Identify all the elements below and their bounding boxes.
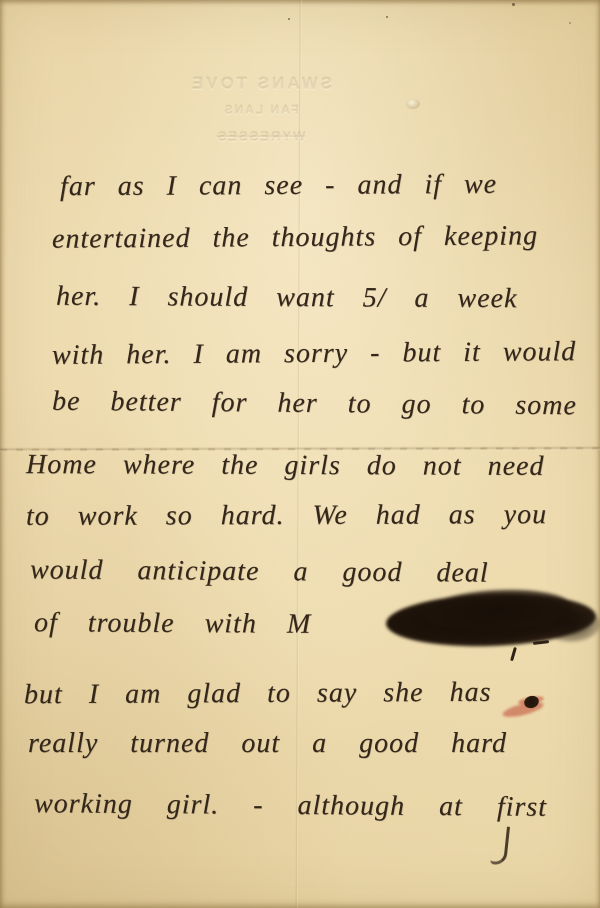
paper-speck: [386, 16, 388, 18]
letterhead-line-2: FAN LANS: [168, 103, 353, 117]
scanned-letter: SWANS TOVE FAN LANS WYRESSES far as I ca…: [0, 0, 600, 908]
handwriting-line-1: far as I can see - and if we: [60, 169, 497, 203]
ink-blot-right: [542, 606, 600, 642]
embossed-letterhead: SWANS TOVE FAN LANS WYRESSES: [168, 74, 353, 144]
handwriting-line-8: would anticipate a good deal: [30, 554, 489, 589]
ink-blot-redaction: [382, 590, 600, 652]
handwriting-line-11: really turned out a good hard: [28, 728, 507, 760]
paper-speck: [569, 22, 571, 24]
handwriting-line-5: be better for her to go to some: [52, 386, 577, 423]
paper-speck: [288, 18, 290, 20]
handwriting-line-6: Home where the girls do not need: [26, 449, 545, 483]
handwriting-line-2: entertained the thoughts of keeping: [52, 220, 538, 255]
letterhead-line-1: SWANS TOVE: [168, 74, 353, 94]
handwriting-line-9: of trouble with M: [34, 607, 311, 640]
handwriting-line-7: to work so hard. We had as you: [26, 499, 547, 533]
paper-speck: [512, 3, 515, 6]
handwriting-line-10: but I am glad to say she has: [24, 677, 492, 711]
letterhead-line-3: WYRESSES: [168, 129, 353, 144]
handwriting-line-12: working girl. - although at first: [34, 788, 547, 824]
handwriting-line-3: her. I should want 5/ a week: [56, 281, 518, 315]
paper-dimple: [406, 99, 420, 109]
handwriting-line-4: with her. I am sorry - but it would: [52, 336, 576, 372]
